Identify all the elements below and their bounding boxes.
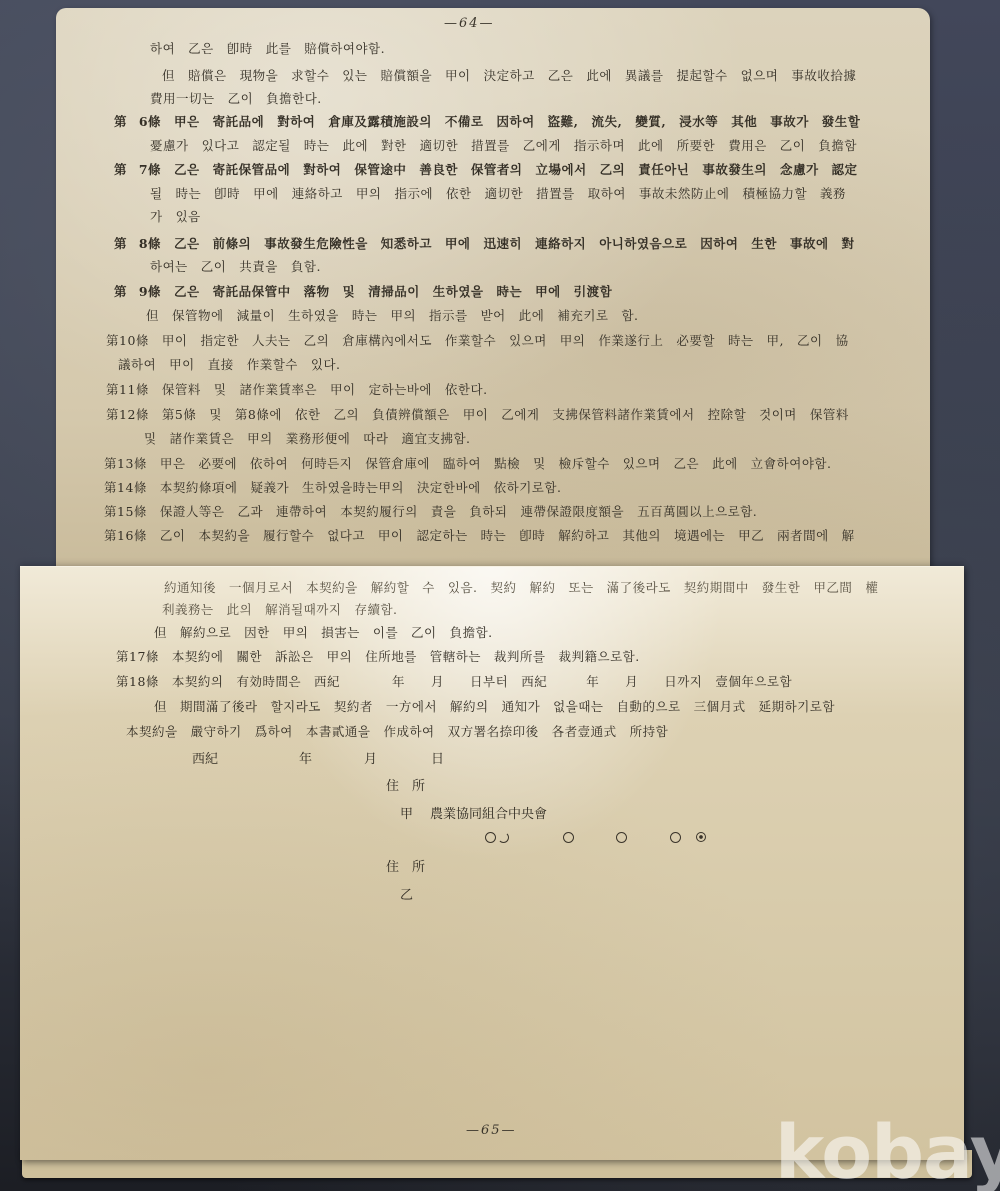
- text-line: 될 時는 卽時 甲에 連絡하고 甲의 指示에 依한 適切한 措置를 取하여 事故…: [150, 184, 846, 202]
- party-b-label: 乙: [400, 884, 413, 903]
- text-line: 憂慮가 있다고 認定될 時는 此에 對한 適切한 措置를 乙에게 指示하며 此에…: [150, 136, 857, 154]
- page-65: 約通知後 一個月로서 本契約을 解約할 수 있음. 契約 解約 또는 滿了後라도…: [20, 566, 964, 1160]
- party-b-address-label: 住 所: [386, 856, 425, 875]
- article-13: 第13條 甲은 必要에 依하여 何時든지 保管倉庫에 臨하여 點檢 및 檢斥할수…: [104, 454, 831, 472]
- seal-icon: [696, 832, 706, 842]
- name-placeholder-circle: [498, 832, 509, 843]
- article-11: 第11條 保管料 및 諸作業賃率은 甲이 定하는바에 依한다.: [106, 380, 488, 398]
- article-17: 第17條 本契約에 關한 訴訟은 甲의 住所地를 管轄하는 裁判所를 裁判籍으로…: [116, 647, 640, 665]
- article-8: 第 8條 乙은 前條의 事故發生危險性을 知悉하고 甲에 迅速히 連絡하지 아니…: [114, 234, 855, 252]
- text-line: 但 保管物에 減量이 生하였을 時는 甲의 指示를 받어 此에 補充키로 함.: [146, 306, 639, 324]
- page-number-64: —64—: [444, 16, 495, 31]
- party-a-label: 甲: [400, 803, 413, 822]
- text-line: 利義務는 此의 解消될때까지 存續함.: [162, 600, 398, 618]
- text-line: 費用一切는 乙이 負擔한다.: [150, 89, 322, 107]
- article-15: 第15條 保證人等은 乙과 連帶하여 本契約履行의 責을 負하되 連帶保證限度額…: [104, 502, 757, 520]
- article-6: 第 6條 甲은 寄託品에 對하여 倉庫及露積施設의 不備로 因하여 盜難, 流失…: [114, 112, 860, 130]
- party-a-address-label: 住 所: [386, 775, 425, 794]
- article-12: 第12條 第5條 및 第8條에 依한 乙의 負債辨償額은 甲이 乙에게 支拂保管…: [106, 405, 849, 423]
- text-line: 하여는 乙이 共責을 負함.: [150, 257, 321, 275]
- name-placeholder-circle: [670, 832, 681, 843]
- text-line: 가 있음: [150, 207, 201, 225]
- date-era: 西紀: [192, 748, 218, 767]
- date-day: 日: [431, 748, 444, 767]
- article-14: 第14條 本契約條項에 疑義가 生하였을時는甲의 決定한바에 依하기로함.: [104, 478, 561, 496]
- article-10: 第10條 甲이 指定한 人夫는 乙의 倉庫構內에서도 作業할수 있으며 甲의 作…: [106, 331, 849, 349]
- text-line: 但 解約으로 因한 甲의 損害는 이를 乙이 負擔함.: [154, 623, 493, 641]
- watermark-logo: kobay: [775, 1110, 1000, 1191]
- article-9: 第 9條 乙은 寄託品保管中 落物 및 清掃品이 生하였을 時는 甲에 引渡함: [114, 282, 612, 300]
- party-a-name: 農業協同組合中央會: [430, 803, 547, 822]
- text-line: 約通知後 一個月로서 本契約을 解約할 수 있음. 契約 解約 또는 滿了後라도…: [164, 578, 878, 596]
- date-month: 月: [364, 748, 377, 767]
- text-line: 및 諸作業賃은 甲의 業務形便에 따라 適宜支拂함.: [144, 429, 471, 447]
- text-line: 議하여 甲이 直接 作業할수 있다.: [118, 355, 341, 373]
- date-year: 年: [299, 748, 312, 767]
- article-18: 第18條 本契約의 有効時間은 西紀 年 月 日부터 西紀 年 月 日까지 壹個…: [116, 672, 792, 690]
- name-placeholder-circle: [616, 832, 627, 843]
- text-line: 하여 乙은 卽時 此를 賠償하여야함.: [150, 39, 385, 57]
- text-line: 但 賠償은 現物을 求할수 있는 賠償額을 甲이 決定하고 乙은 此에 異議를 …: [162, 66, 856, 84]
- page-number-65: —65—: [466, 1123, 517, 1138]
- article-7: 第 7條 乙은 寄託保管品에 對하여 保管途中 善良한 保管者의 立場에서 乙의…: [114, 160, 858, 178]
- closing-clause: 本契約을 嚴守하기 爲하여 本書貳通을 作成하여 双方署名捺印後 各者壹通式 所…: [126, 722, 668, 740]
- page-64: —64— 하여 乙은 卽時 此를 賠償하여야함. 但 賠償은 現物을 求할수 있…: [56, 8, 930, 576]
- name-placeholder-circle: [563, 832, 574, 843]
- name-placeholder-circle: [485, 832, 496, 843]
- article-16: 第16條 乙이 本契約을 履行할수 없다고 甲이 認定하는 時는 卽時 解約하고…: [104, 526, 855, 544]
- text-line: 但 期間滿了後라 할지라도 契約者 一方에서 解約의 通知가 없을때는 自動的으…: [154, 697, 835, 715]
